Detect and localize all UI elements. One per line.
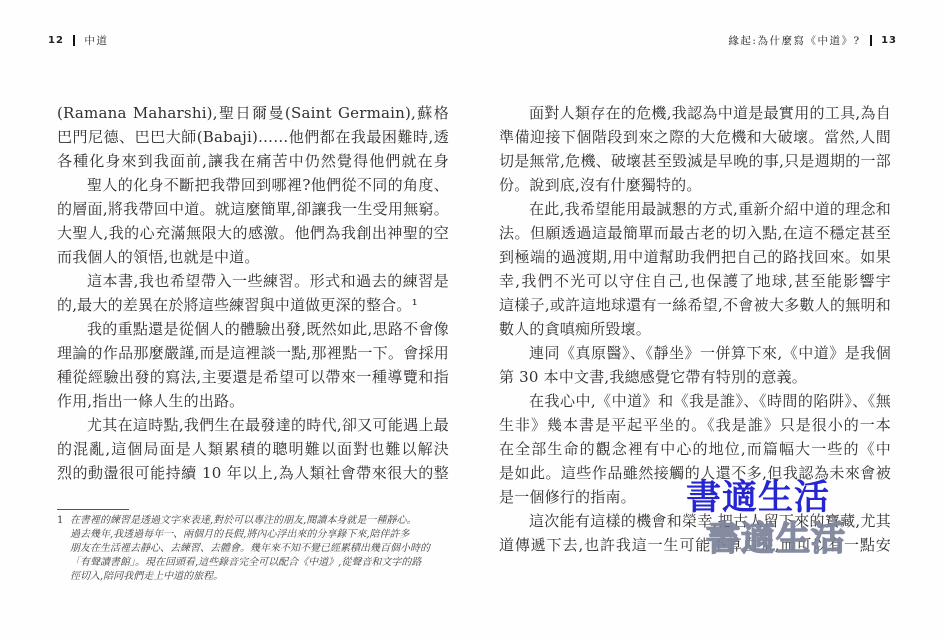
text-line: (Ramana Maharshi),聖日爾曼(Saint Germain),蘇格… <box>57 101 449 125</box>
text-line: 大聖人,我的心充滿無限大的感激。他們為我創出神聖的空間, <box>57 221 449 245</box>
footnote-line: 朋友在生活裡去靜心、去練習、去體會。幾年來不知不覺已經累積出幾百個小時的 <box>70 542 450 556</box>
text-line: 聖人的化身不斷把我帶回到哪裡?他們從不同的角度、不同 <box>57 173 449 197</box>
text-line: 在我心中,《中道》和《我是誰》、《時間的陷阱》、《無事 <box>499 389 891 413</box>
text-line: 第 30 本中文書,我總感覺它帶有特別的意義。 <box>499 365 891 389</box>
text-line: 而我個人的領悟,也就是中道。 <box>57 245 449 269</box>
watermark-outline: 書適生活 <box>706 511 846 560</box>
footnote-marker: 1 <box>57 514 63 528</box>
text-line: 作用,指出一條人生的出路。 <box>57 389 449 413</box>
footnote-rule <box>57 509 129 510</box>
text-line: 法。但願透過這最簡單而最古老的切入點,在這不穩定甚至無常 <box>499 221 891 245</box>
header-divider-right <box>870 35 873 46</box>
text-line: 數人的貪嗔痴所毀壞。 <box>499 317 891 341</box>
text-line: 的層面,將我帶回中道。就這麼簡單,卻讓我一生受用無窮。對 <box>57 197 449 221</box>
footnote-lines: 在書裡的練習是透過文字來表達,對於可以專注的朋友,閱讀本身就是一種靜心。過去幾年… <box>70 514 450 584</box>
text-line: 種從經驗出發的寫法,主要還是希望可以帶來一種導覽和指南的 <box>57 365 449 389</box>
text-line: 我的重點還是從個人的體驗出發,既然如此,思路不會像純 <box>57 317 449 341</box>
text-line: 的,最大的差異在於將這些練習與中道做更深的整合。¹ <box>57 293 449 317</box>
text-line: 連同《真原醫》、《靜坐》一併算下來,《中道》是我個人 <box>499 341 891 365</box>
text-line: 這樣子,或許這地球還有一絲希望,不會被大多數人的無明和少 <box>499 293 891 317</box>
chapter-title: 緣起:為什麼寫《中道》? <box>728 33 860 48</box>
text-line: 巴門尼德、巴巴大師(Babaji)……他們都在我最困難時,透過 <box>57 125 449 149</box>
footnote-line: 在書裡的練習是透過文字來表達,對於可以專注的朋友,閱讀本身就是一種靜心。 <box>70 514 450 528</box>
text-line: 面對人類存在的危機,我認為中道是最實用的工具,為自己 <box>499 101 891 125</box>
text-line: 這本書,我也希望帶入一些練習。形式和過去的練習是類似 <box>57 269 449 293</box>
body-text-left: (Ramana Maharshi),聖日爾曼(Saint Germain),蘇格… <box>57 101 449 485</box>
text-line: 到極端的過渡期,用中道幫助我們把自己的路找回來。如果有 <box>499 245 891 269</box>
text-line: 在此,我希望能用最誠懇的方式,重新介紹中道的理念和方 <box>499 197 891 221</box>
text-line: 準備迎接下個階段到來之際的大危機和大破壞。當然,人間的一 <box>499 125 891 149</box>
footnote-line: 過去幾年,我透過每年一、兩個月的長假,將內心浮出來的分享錄下來,陪伴許多 <box>70 528 450 542</box>
text-line: 切是無常,危機、破壞甚至毀滅是早晚的事,只是週期的一部 <box>499 149 891 173</box>
footnote-line: 徑切入,陪同我們走上中道的旅程。 <box>70 570 450 584</box>
running-head-right: 緣起:為什麼寫《中道》? 13 <box>728 33 897 48</box>
text-line: 各種化身來到我面前,讓我在痛苦中仍然覺得他們就在身邊。 <box>57 149 449 173</box>
footnote-line: 「有聲讀書館」。現在回頭看,這些錄音完全可以配合《中道》,從聲音和文字的路 <box>70 556 450 570</box>
page-number-right: 13 <box>881 35 897 46</box>
footnote: 1 在書裡的練習是透過文字來表達,對於可以專注的朋友,閱讀本身就是一種靜心。過去… <box>57 514 450 584</box>
book-spread-scan: 12 中道 緣起:為什麼寫《中道》? 13 (Ramana Maharshi),… <box>0 0 943 638</box>
text-line: 尤其在這時點,我們生在最發達的時代,卻又可能遇上最大 <box>57 413 449 437</box>
page-number-left: 12 <box>48 35 64 46</box>
header-divider-left <box>73 35 76 46</box>
running-head-left: 12 中道 <box>48 33 108 48</box>
text-line: 烈的動盪很可能持續 10 年以上,為人類社會帶來很大的整頓。 <box>57 461 449 485</box>
text-line: 在全部生命的觀念裡有中心的地位,而篇幅大一些的《中道》也 <box>499 437 891 461</box>
text-line: 生非》幾本書是平起平坐的。《我是誰》只是很小的一本書,但 <box>499 413 891 437</box>
text-line: 幸,我們不光可以守住自己,也保護了地球,甚至能影響宇宙。 <box>499 269 891 293</box>
text-line: 理論的作品那麼嚴謹,而是這裡談一點,那裡點一下。會採用這 <box>57 341 449 365</box>
book-title: 中道 <box>84 33 108 48</box>
text-line: 的混亂,這個局面是人類累積的聰明難以面對也難以解決的。激 <box>57 437 449 461</box>
text-line: 份。說到底,沒有什麼獨特的。 <box>499 173 891 197</box>
